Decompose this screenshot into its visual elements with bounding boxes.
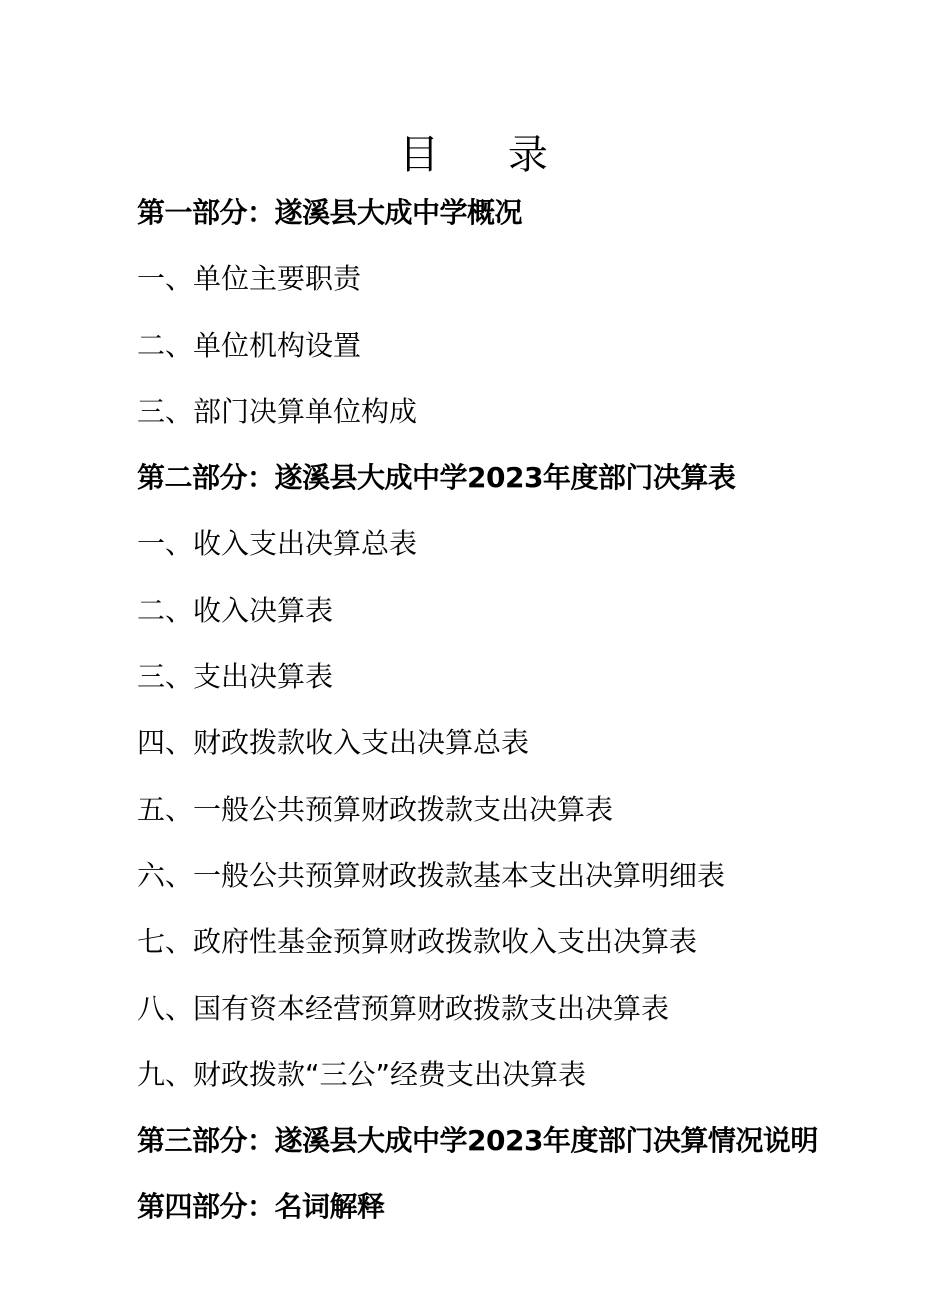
toc-part-3: 第三部分：遂溪县大成中学2023年度部门决算情况说明	[137, 1118, 818, 1184]
toc-part-2: 第二部分：遂溪县大成中学2023年度部门决算表	[137, 455, 818, 521]
toc-item: 一、收入支出决算总表	[137, 521, 818, 587]
toc-item: 七、政府性基金预算财政拨款收入支出决算表	[137, 919, 818, 985]
toc-item: 三、支出决算表	[137, 654, 818, 720]
page-title: 目 录	[0, 127, 931, 183]
toc-item: 五、一般公共预算财政拨款支出决算表	[137, 787, 818, 853]
toc-item: 四、财政拨款收入支出决算总表	[137, 720, 818, 786]
toc-item: 六、一般公共预算财政拨款基本支出决算明细表	[137, 853, 818, 919]
toc-part-4: 第四部分：名词解释	[137, 1184, 818, 1230]
toc-item: 三、部门决算单位构成	[137, 389, 818, 455]
toc-item: 九、财政拨款“三公”经费支出决算表	[137, 1052, 818, 1118]
toc-item: 八、国有资本经营预算财政拨款支出决算表	[137, 986, 818, 1052]
table-of-contents: 第一部分：遂溪县大成中学概况 一、单位主要职责 二、单位机构设置 三、部门决算单…	[137, 190, 818, 1230]
toc-item: 二、收入决算表	[137, 588, 818, 654]
toc-part-1: 第一部分：遂溪县大成中学概况	[137, 190, 818, 256]
toc-item: 一、单位主要职责	[137, 256, 818, 322]
toc-item: 二、单位机构设置	[137, 323, 818, 389]
